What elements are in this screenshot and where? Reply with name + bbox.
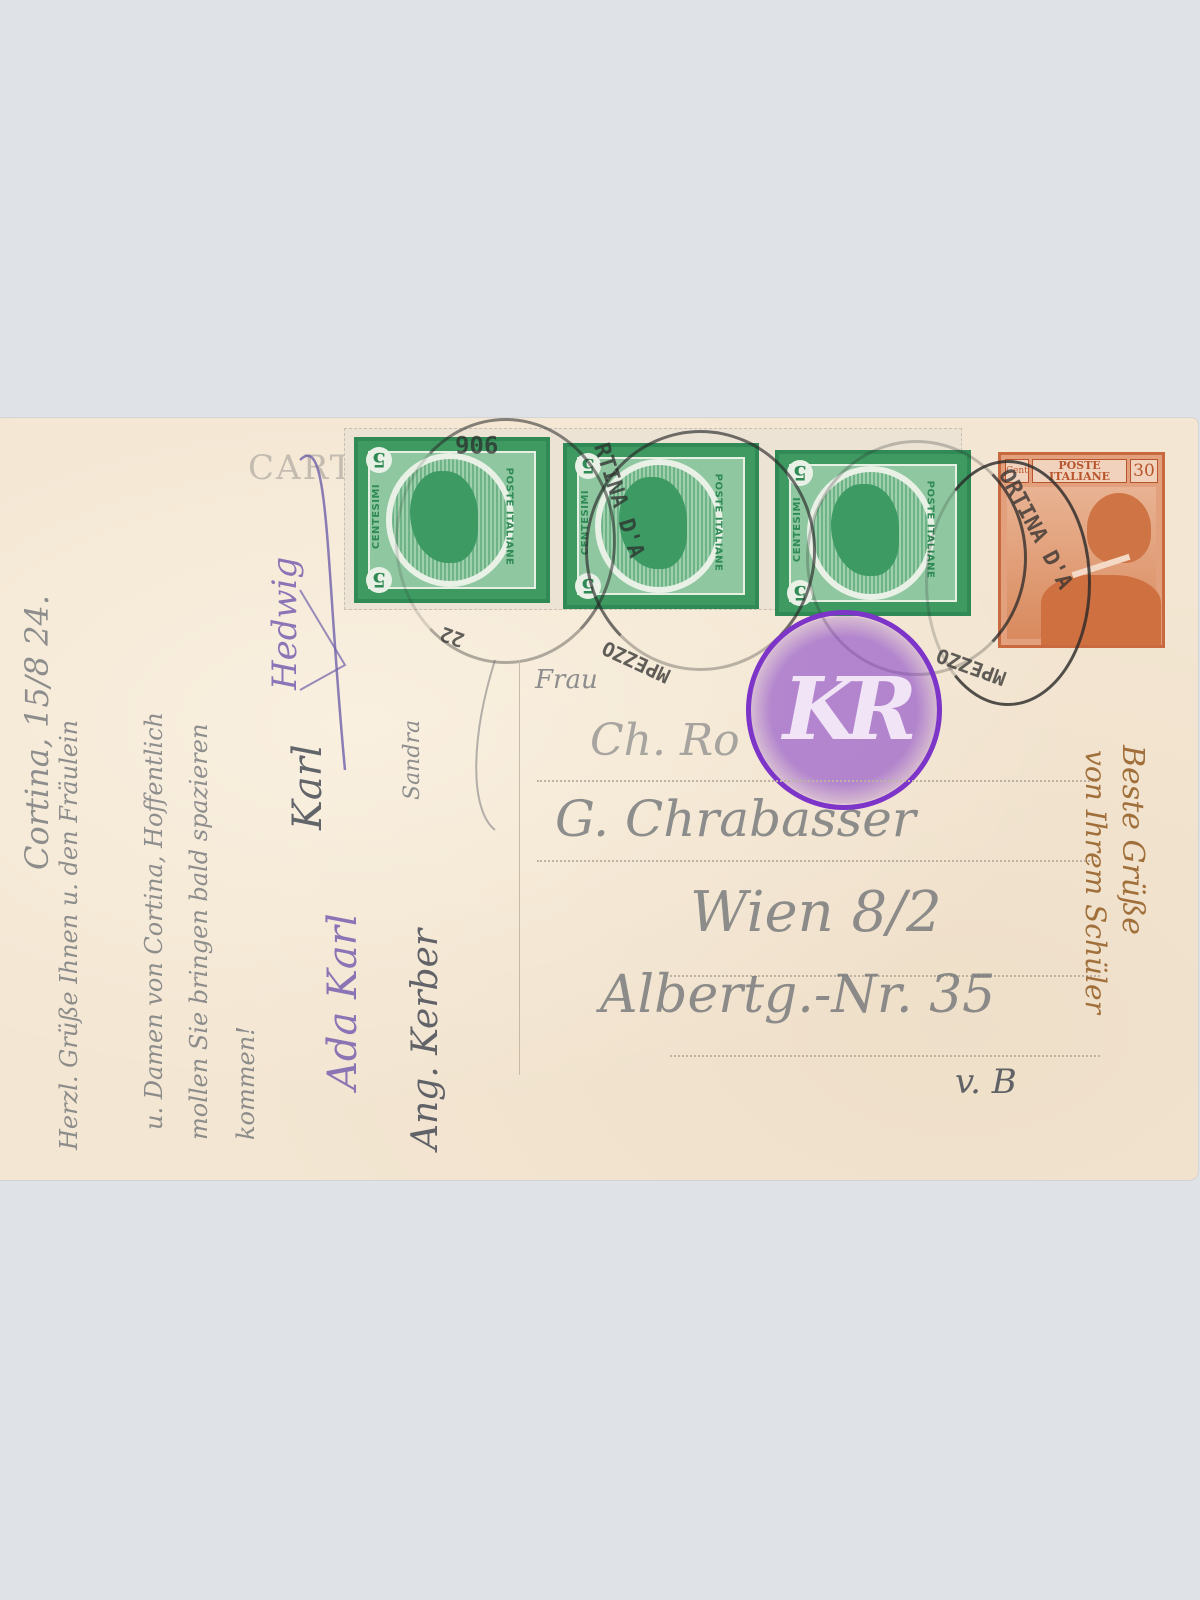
side-note-line-1: Beste Grüße bbox=[1115, 745, 1150, 935]
side-note-line-2: von Ihrem Schüler bbox=[1079, 750, 1112, 1014]
violet-pen-flourish bbox=[0, 0, 1200, 1600]
